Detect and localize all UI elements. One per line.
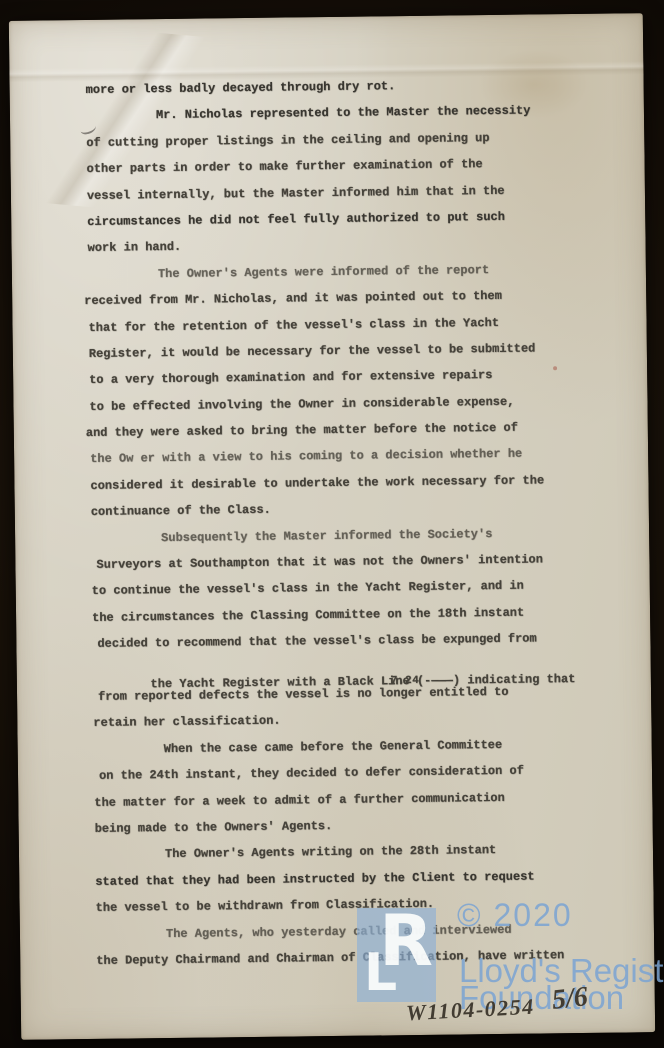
handwritten-page-number: 5/6: [550, 981, 589, 1017]
logo-letter-r: R: [379, 906, 433, 976]
watermark-copyright: © 2020: [457, 897, 573, 934]
document-page: more or less badly decayed through dry r…: [9, 13, 655, 1040]
typewritten-text-block: more or less badly decayed through dry r…: [86, 76, 649, 980]
lloyds-register-logo: L R: [357, 908, 436, 1002]
photographed-document-scene: more or less badly decayed through dry r…: [0, 0, 664, 1048]
